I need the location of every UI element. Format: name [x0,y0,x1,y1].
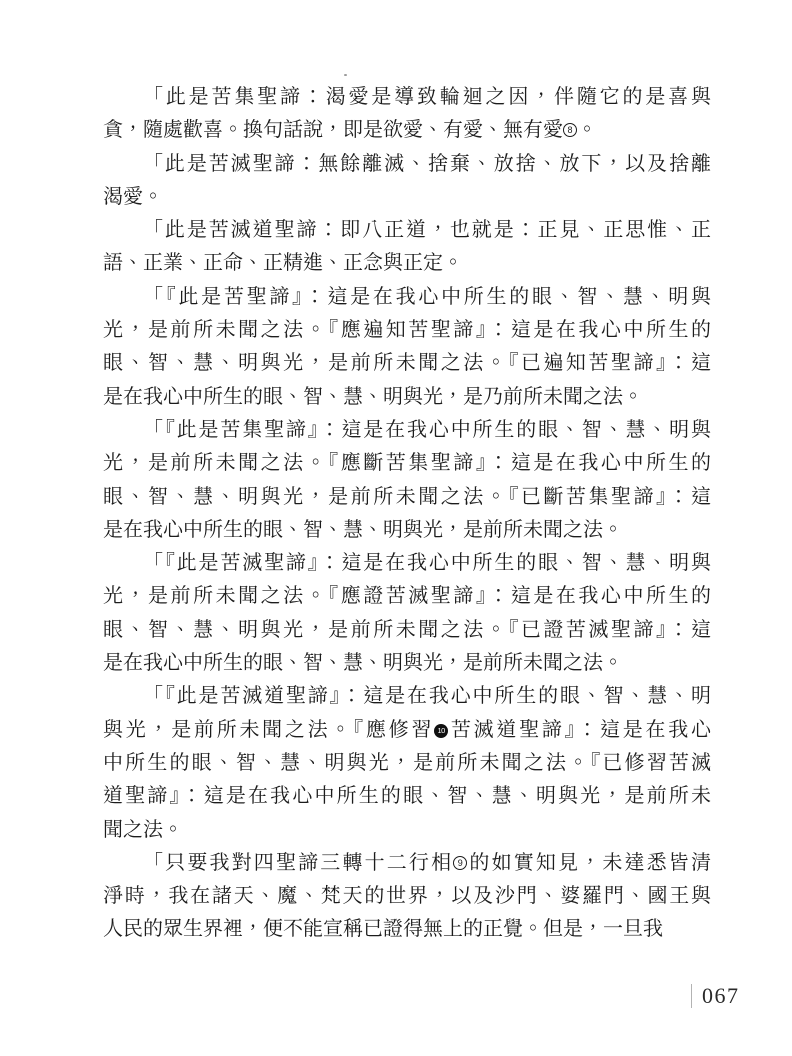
text-line: 眼、智、慧、明與光，是前所未聞之法。『已證苦滅聖諦』：這 [103,614,711,647]
page-number: 067 [702,983,740,1009]
text-line: 是在我心中所生的眼、智、慧、明與光，是前所未聞之法。 [103,647,711,680]
text-line: 「只要我對四聖諦三轉十二行相9的如實知見，未達悉皆清 [103,847,711,880]
paragraph: 「『此是苦滅道聖諦』：這是在我心中所生的眼、智、慧、明與光，是前所未聞之法。『應… [103,680,711,846]
footnote-marker-10-icon: 10 [434,724,448,738]
text-line: 「此是苦滅道聖諦：即八正道，也就是：正見、正思惟、正 [103,214,711,247]
text-line: 渴愛。 [103,181,711,214]
footnote-marker-9-icon: 9 [453,856,467,870]
sutta-text-block: 「此是苦集聖諦：渴愛是導致輪迴之因，伴隨它的是喜與貪，隨處歡喜。換句話說，即是欲… [103,81,711,947]
text-line: 「『此是苦集聖諦』：這是在我心中所生的眼、智、慧、明與 [103,414,711,447]
text-line: 語、正業、正命、正精進、正念與正定。 [103,247,711,280]
text-line: 「此是苦滅聖諦：無餘離滅、捨棄、放捨、放下，以及捨離 [103,148,711,181]
text-line: 人民的眾生界裡，便不能宣稱已證得無上的正覺。但是，一旦我 [103,913,711,946]
page-footer: 067 [691,982,740,1010]
text-line: 「『此是苦聖諦』：這是在我心中所生的眼、智、慧、明與 [103,281,711,314]
scan-speck [344,74,347,76]
text-line: 是在我心中所生的眼、智、慧、明與光，是乃前所未聞之法。 [103,381,711,414]
text-line: 「『此是苦滅聖諦』：這是在我心中所生的眼、智、慧、明與 [103,547,711,580]
footnote-marker-8-icon: 8 [563,123,577,137]
text-line: 光，是前所未聞之法。『應遍知苦聖諦』：這是在我心中所生的 [103,314,711,347]
paragraph: 「『此是苦集聖諦』：這是在我心中所生的眼、智、慧、明與光，是前所未聞之法。『應斷… [103,414,711,547]
paragraph: 「此是苦滅聖諦：無餘離滅、捨棄、放捨、放下，以及捨離渴愛。 [103,148,711,215]
text-line: 眼、智、慧、明與光，是前所未聞之法。『已斷苦集聖諦』：這 [103,481,711,514]
folio-divider [691,984,692,1008]
text-line: 光，是前所未聞之法。『應斷苦集聖諦』：這是在我心中所生的 [103,447,711,480]
text-line: 「『此是苦滅道聖諦』：這是在我心中所生的眼、智、慧、明 [103,680,711,713]
paragraph: 「『此是苦聖諦』：這是在我心中所生的眼、智、慧、明與光，是前所未聞之法。『應遍知… [103,281,711,414]
book-page: 「此是苦集聖諦：渴愛是導致輪迴之因，伴隨它的是喜與貪，隨處歡喜。換句話說，即是欲… [0,0,792,1056]
paragraph: 「『此是苦滅聖諦』：這是在我心中所生的眼、智、慧、明與光，是前所未聞之法。『應證… [103,547,711,680]
paragraph: 「只要我對四聖諦三轉十二行相9的如實知見，未達悉皆清淨時，我在諸天、魔、梵天的世… [103,847,711,947]
text-line: 與光，是前所未聞之法。『應修習10苦滅道聖諦』：這是在我心 [103,714,711,747]
paragraph: 「此是苦集聖諦：渴愛是導致輪迴之因，伴隨它的是喜與貪，隨處歡喜。換句話說，即是欲… [103,81,711,148]
text-line: 光，是前所未聞之法。『應證苦滅聖諦』：這是在我心中所生的 [103,580,711,613]
text-line: 中所生的眼、智、慧、明與光，是前所未聞之法。『已修習苦滅 [103,747,711,780]
text-line: 道聖諦』：這是在我心中所生的眼、智、慧、明與光，是前所未 [103,780,711,813]
text-line: 淨時，我在諸天、魔、梵天的世界，以及沙門、婆羅門、國王與 [103,880,711,913]
text-line: 是在我心中所生的眼、智、慧、明與光，是前所未聞之法。 [103,514,711,547]
text-line: 「此是苦集聖諦：渴愛是導致輪迴之因，伴隨它的是喜與 [103,81,711,114]
text-line: 眼、智、慧、明與光，是前所未聞之法。『已遍知苦聖諦』：這 [103,347,711,380]
text-line: 貪，隨處歡喜。換句話說，即是欲愛、有愛、無有愛8。 [103,114,711,147]
text-line: 聞之法。 [103,814,711,847]
paragraph: 「此是苦滅道聖諦：即八正道，也就是：正見、正思惟、正語、正業、正命、正精進、正念… [103,214,711,281]
